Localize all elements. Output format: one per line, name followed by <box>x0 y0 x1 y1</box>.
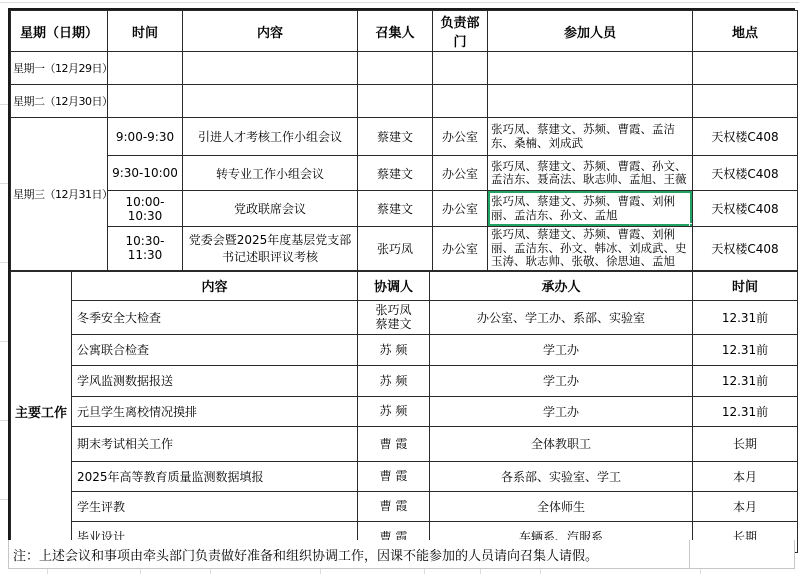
task-time-cell[interactable]: 本月 <box>693 491 798 521</box>
meeting-dept-cell[interactable]: 办公室 <box>433 156 488 191</box>
sheet-gridline <box>0 262 8 263</box>
task-coordinator-cell[interactable]: 曹 霞 <box>358 491 430 521</box>
meeting-convener-cell[interactable]: 蔡建文 <box>358 191 433 227</box>
meeting-time-cell[interactable]: 10:30-11:30 <box>108 227 183 271</box>
task-row: 学风监测数据报送 苏 频 学工办 12.31前 <box>11 365 798 396</box>
task-undertaker-cell[interactable]: 学工办 <box>430 334 693 365</box>
sheet-gridline <box>480 569 481 574</box>
main-tasks-label-cell[interactable]: 主要工作 <box>11 271 72 552</box>
meeting-dept-cell[interactable]: 办公室 <box>433 191 488 227</box>
task-time-cell[interactable]: 12.31前 <box>693 396 798 426</box>
task-coordinator-cell[interactable]: 苏 频 <box>358 334 430 365</box>
task-row: 2025年高等教育质量监测数据填报 曹 霞 各系部、实验室、学工 本月 <box>11 461 798 491</box>
meeting-convener-cell[interactable]: 蔡建文 <box>358 118 433 156</box>
task-coordinator-cell[interactable]: 苏 频 <box>358 396 430 426</box>
sheet-gridline <box>0 2 799 3</box>
meeting-time-cell[interactable]: 9:00-9:30 <box>108 118 183 156</box>
task-content-cell[interactable]: 元旦学生离校情况摸排 <box>72 396 358 426</box>
header-content[interactable]: 内容 <box>183 11 358 52</box>
meeting-content-cell[interactable]: 党委会暨2025年度基层党支部书记述职评议考核 <box>183 227 358 271</box>
sheet-gridline <box>540 569 541 574</box>
meeting-participants-cell[interactable]: 张巧凤、蔡建文、苏频、曹霞、刘俐丽、孟洁东、孙文、韩冰、刘成武、史玉涛、耿志帅、… <box>488 227 693 271</box>
header-week[interactable]: 星期（日期） <box>11 11 108 52</box>
header-participants[interactable]: 参加人员 <box>488 11 693 52</box>
wednesday-row-1: 星期三（12月31日） 9:00-9:30 引进人才考核工作小组会议 蔡建文 办… <box>11 118 798 156</box>
task-undertaker-cell[interactable]: 全体师生 <box>430 491 693 521</box>
sheet-gridline <box>700 569 701 574</box>
empty-cell[interactable] <box>693 85 798 118</box>
sheet-gridline <box>0 104 8 105</box>
task-time-cell[interactable]: 长期 <box>693 426 798 461</box>
empty-cell[interactable] <box>433 52 488 85</box>
sheet-gridline <box>0 341 8 342</box>
task-row: 公寓联合检查 苏 频 学工办 12.31前 <box>11 334 798 365</box>
monday-row: 星期一（12月29日） <box>11 52 798 85</box>
selected-participants-cell[interactable]: 张巧凤、蔡建文、苏频、曹霞、刘俐丽、孟洁东、孙文、孟旭 <box>488 191 693 227</box>
empty-cell[interactable] <box>433 85 488 118</box>
header-task-time[interactable]: 时间 <box>693 271 798 300</box>
task-content-cell[interactable]: 公寓联合检查 <box>72 334 358 365</box>
wednesday-label-cell[interactable]: 星期三（12月31日） <box>11 118 108 271</box>
task-content-cell[interactable]: 2025年高等教育质量监测数据填报 <box>72 461 358 491</box>
meeting-content-cell[interactable]: 引进人才考核工作小组会议 <box>183 118 358 156</box>
sheet-gridline <box>0 420 8 421</box>
monday-label-cell[interactable]: 星期一（12月29日） <box>11 52 108 85</box>
meeting-content-cell[interactable]: 转专业工作小组会议 <box>183 156 358 191</box>
task-content-cell[interactable]: 学风监测数据报送 <box>72 365 358 396</box>
empty-cell[interactable] <box>108 85 183 118</box>
header-convener[interactable]: 召集人 <box>358 11 433 52</box>
tuesday-label-cell[interactable]: 星期二（12月30日） <box>11 85 108 118</box>
task-content-cell[interactable]: 冬季安全大检查 <box>72 300 358 334</box>
task-coordinator-cell[interactable]: 曹 霞 <box>358 426 430 461</box>
header-undertaker[interactable]: 承办人 <box>430 271 693 300</box>
header-location[interactable]: 地点 <box>693 11 798 52</box>
task-row: 冬季安全大检查 张巧凤 蔡建文 办公室、学工办、系部、实验室 12.31前 <box>11 300 798 334</box>
meeting-participants-cell[interactable]: 张巧凤、蔡建文、苏频、曹霞、孙文、孟洁东、聂高法、耿志帅、孟旭、王薇 <box>488 156 693 191</box>
meeting-location-cell[interactable]: 天权楼C408 <box>693 118 798 156</box>
empty-cell[interactable] <box>488 85 693 118</box>
task-content-cell[interactable]: 学生评教 <box>72 491 358 521</box>
header-time[interactable]: 时间 <box>108 11 183 52</box>
meeting-dept-cell[interactable]: 办公室 <box>433 227 488 271</box>
task-time-cell[interactable]: 12.31前 <box>693 334 798 365</box>
sheet-gridline <box>424 569 425 574</box>
main-tasks-table: 主要工作 内容 协调人 承办人 时间 冬季安全大检查 张巧凤 蔡建文 办公室、学… <box>10 271 798 553</box>
task-coordinator-cell[interactable]: 曹 霞 <box>358 461 430 491</box>
task-undertaker-cell[interactable]: 各系部、实验室、学工 <box>430 461 693 491</box>
sheet-gridline <box>0 499 8 500</box>
task-row: 期末考试相关工作 曹 霞 全体教职工 长期 <box>11 426 798 461</box>
task-time-cell[interactable]: 本月 <box>693 461 798 491</box>
footer-note-cell[interactable]: 注：上述会议和事项由牵头部门负责做好准备和组织协调工作，因课不能参加的人员请向召… <box>9 540 690 568</box>
task-coordinator-cell[interactable]: 苏 频 <box>358 365 430 396</box>
task-time-cell[interactable]: 12.31前 <box>693 365 798 396</box>
task-row: 元旦学生离校情况摸排 苏 频 学工办 12.31前 <box>11 396 798 426</box>
task-undertaker-cell[interactable]: 全体教职工 <box>430 426 693 461</box>
schedule-table-block: 星期（日期） 时间 内容 召集人 负责部门 参加人员 地点 星期一（12月29日… <box>8 8 795 555</box>
meeting-dept-cell[interactable]: 办公室 <box>433 118 488 156</box>
sheet-gridline <box>210 569 211 574</box>
meeting-participants-cell[interactable]: 张巧凤、蔡建文、苏频、曹霞、孟洁东、桑楠、刘成武 <box>488 118 693 156</box>
header-coordinator[interactable]: 协调人 <box>358 271 430 300</box>
meeting-location-cell[interactable]: 天权楼C408 <box>693 191 798 227</box>
empty-cell[interactable] <box>108 52 183 85</box>
weekly-schedule-table: 星期（日期） 时间 内容 召集人 负责部门 参加人员 地点 星期一（12月29日… <box>10 10 798 271</box>
sheet-gridline <box>140 569 141 574</box>
meeting-time-cell[interactable]: 10:00-10:30 <box>108 191 183 227</box>
meeting-location-cell[interactable]: 天权楼C408 <box>693 156 798 191</box>
header-dept[interactable]: 负责部门 <box>433 11 488 52</box>
task-undertaker-cell[interactable]: 学工办 <box>430 396 693 426</box>
task-row: 学生评教 曹 霞 全体师生 本月 <box>11 491 798 521</box>
spreadsheet-canvas: 星期（日期） 时间 内容 召集人 负责部门 参加人员 地点 星期一（12月29日… <box>0 0 799 574</box>
tuesday-row: 星期二（12月30日） <box>11 85 798 118</box>
meeting-time-cell[interactable]: 9:30-10:00 <box>108 156 183 191</box>
empty-cell[interactable] <box>693 52 798 85</box>
wednesday-row-4: 10:30-11:30 党委会暨2025年度基层党支部书记述职评议考核 张巧凤 … <box>11 227 798 271</box>
wednesday-row-2: 9:30-10:00 转专业工作小组会议 蔡建文 办公室 张巧凤、蔡建文、苏频、… <box>11 156 798 191</box>
footer-note-row: 注：上述会议和事项由牵头部门负责做好准备和组织协调工作，因课不能参加的人员请向召… <box>8 540 795 569</box>
sheet-gridline <box>0 183 8 184</box>
empty-cell[interactable] <box>358 85 433 118</box>
meeting-convener-cell[interactable]: 蔡建文 <box>358 156 433 191</box>
header-task-content[interactable]: 内容 <box>72 271 358 300</box>
meeting-location-cell[interactable]: 天权楼C408 <box>693 227 798 271</box>
empty-cell[interactable] <box>488 52 693 85</box>
task-undertaker-cell[interactable]: 办公室、学工办、系部、实验室 <box>430 300 693 334</box>
sheet-gridline <box>47 569 48 574</box>
meeting-content-cell[interactable]: 党政联席会议 <box>183 191 358 227</box>
empty-cell[interactable] <box>690 540 794 568</box>
meeting-convener-cell[interactable]: 张巧凤 <box>358 227 433 271</box>
sheet-gridline <box>320 569 321 574</box>
empty-cell[interactable] <box>358 52 433 85</box>
empty-cell[interactable] <box>183 52 358 85</box>
task-coordinator-cell[interactable]: 张巧凤 蔡建文 <box>358 300 430 334</box>
task-time-cell[interactable]: 12.31前 <box>693 300 798 334</box>
empty-cell[interactable] <box>183 85 358 118</box>
task-content-cell[interactable]: 期末考试相关工作 <box>72 426 358 461</box>
wednesday-row-3: 10:00-10:30 党政联席会议 蔡建文 办公室 张巧凤、蔡建文、苏频、曹霞… <box>11 191 798 227</box>
task-undertaker-cell[interactable]: 学工办 <box>430 365 693 396</box>
